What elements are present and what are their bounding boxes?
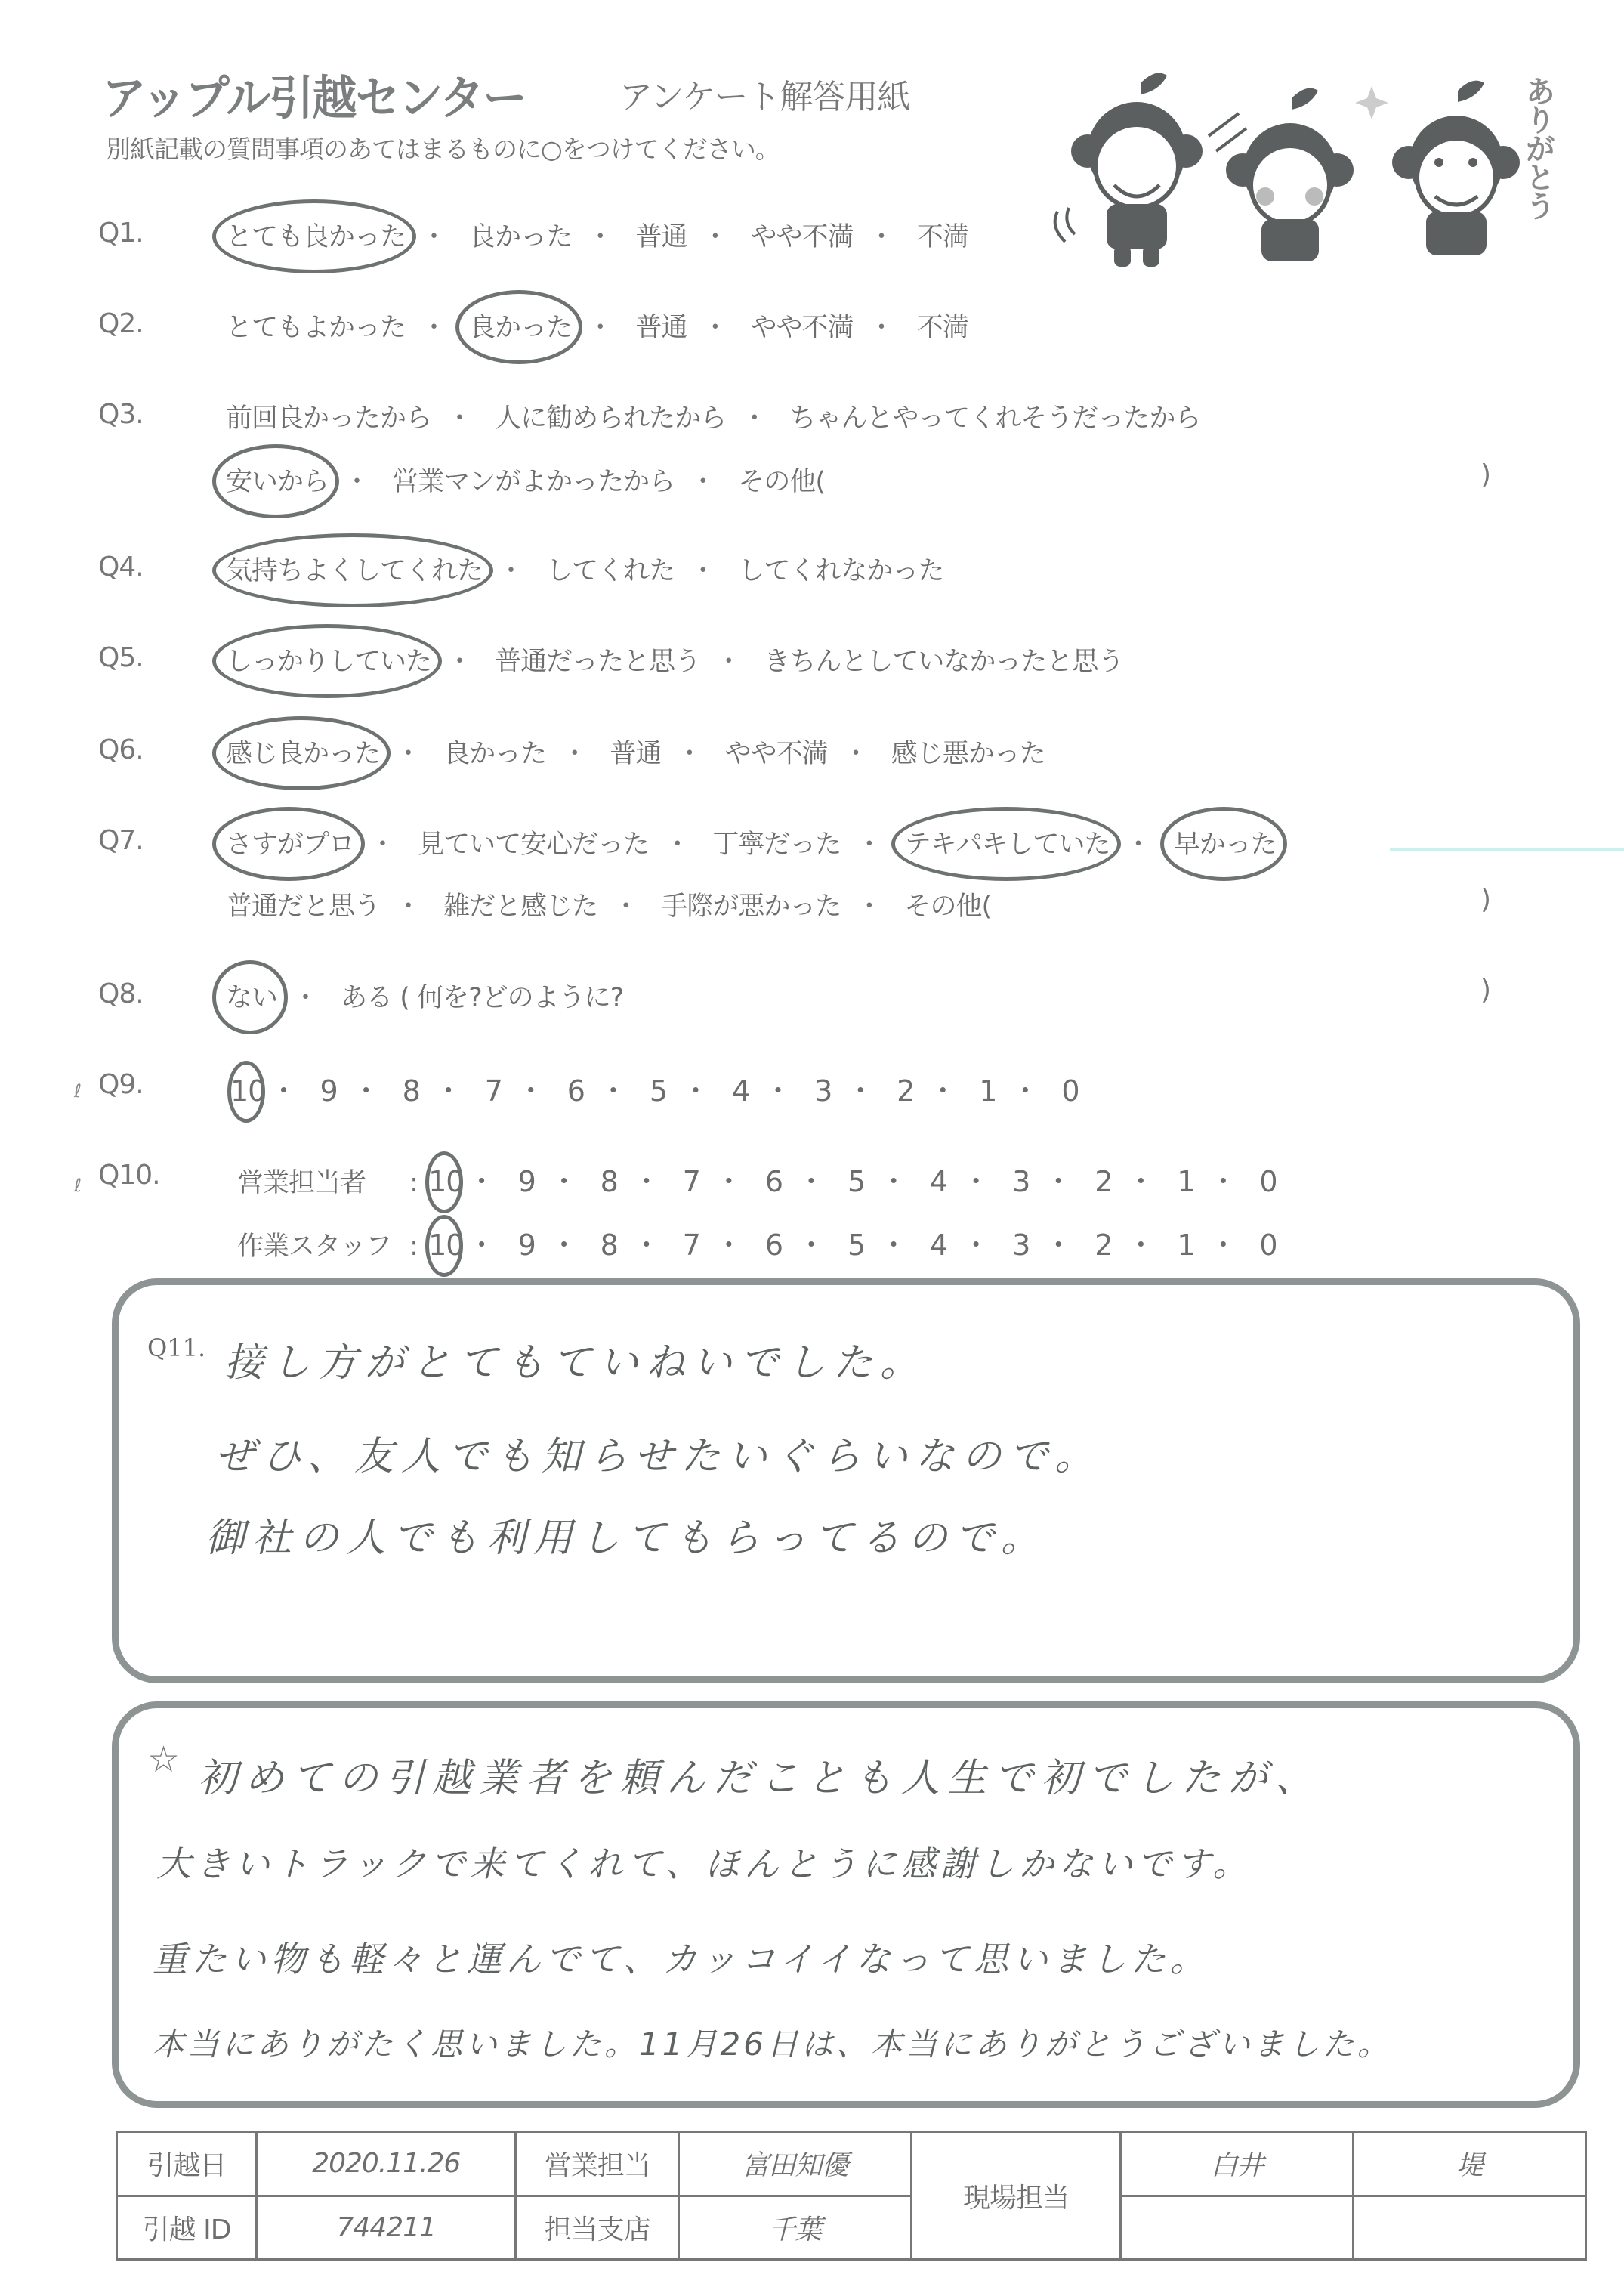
q8-option-1[interactable]: ない <box>223 977 280 1015</box>
q4-option-3[interactable]: してくれなかった <box>735 550 946 588</box>
q7-option-7[interactable]: 雑だと感じた <box>440 885 601 923</box>
form-title: アンケート解答用紙 <box>619 70 909 118</box>
q1-label: Q1. <box>98 218 144 249</box>
q10-sales-score-10[interactable]: 10 <box>428 1165 460 1198</box>
move-date-label: 引越日 <box>117 2132 257 2196</box>
q7-label: Q7. <box>98 825 144 856</box>
sales-rep-value[interactable]: 富田知優 <box>679 2132 912 2196</box>
q10-staff-score-10[interactable]: 10 <box>428 1228 460 1262</box>
q8-option-2[interactable]: ある ( 何を?どのように? <box>338 977 626 1015</box>
q10-staff-score-2[interactable]: 2 <box>1088 1228 1119 1262</box>
q7-option-3[interactable]: 丁寧だった <box>709 824 844 861</box>
q3-options-line1: 前回良かったから・ 人に勧められたから・ ちゃんとやってくれそうだったから <box>223 397 1203 435</box>
q9-score-4[interactable]: 4 <box>725 1074 757 1108</box>
q9-score-10[interactable]: 10 <box>230 1074 262 1108</box>
q7-option-8[interactable]: 手際が悪かった <box>658 885 844 923</box>
q10-staff-score-9[interactable]: 9 <box>511 1228 542 1262</box>
q10-staff-score-8[interactable]: 8 <box>593 1228 625 1262</box>
q3-option-other[interactable]: その他( <box>735 461 828 499</box>
q9-score-6[interactable]: 6 <box>560 1074 591 1108</box>
scan-artifact-line <box>1390 848 1624 851</box>
q3-option-4[interactable]: 安いから <box>223 461 332 499</box>
q10-sales-score-7[interactable]: 7 <box>675 1165 707 1198</box>
onsite-rep-3[interactable] <box>1121 2196 1354 2260</box>
q5-label: Q5. <box>98 642 144 673</box>
q10-label: Q10. <box>98 1160 160 1191</box>
move-date-value[interactable]: 2020.11.26 <box>257 2132 516 2196</box>
q4-option-2[interactable]: してくれた <box>543 550 678 588</box>
q6-label: Q6. <box>98 734 144 765</box>
comments-box[interactable]: ☆ 初めての引越業者を頼んだことも人生で初でしたが、 大きいトラックで来てくれて… <box>112 1701 1580 2108</box>
q10-sales-score-3[interactable]: 3 <box>1005 1165 1037 1198</box>
q1-option-5[interactable]: 不満 <box>914 216 971 254</box>
q7-option-5[interactable]: 早かった <box>1171 824 1280 861</box>
mascot-smile-icon <box>1355 81 1520 255</box>
star-icon: ☆ <box>147 1738 180 1781</box>
mascot-thanks-text: ありがとう <box>1522 76 1560 219</box>
q10-staff-score-5[interactable]: 5 <box>841 1228 872 1262</box>
q10-sales-score-1[interactable]: 1 <box>1170 1165 1202 1198</box>
q9-score-9[interactable]: 9 <box>313 1074 344 1108</box>
q10-sales-score-2[interactable]: 2 <box>1088 1165 1119 1198</box>
q10-staff-score-3[interactable]: 3 <box>1005 1228 1037 1262</box>
q7-option-1[interactable]: さすがプロ <box>223 824 357 861</box>
q8-label: Q8. <box>98 978 144 1009</box>
q8-options: ない・ ある ( 何を?どのように? <box>223 977 626 1015</box>
onsite-rep-label: 現場担当 <box>911 2132 1120 2260</box>
q1-option-1[interactable]: とても良かった <box>223 216 409 254</box>
instruction-text: 別紙記載の質問事項のあてはまるものに○をつけてください。 <box>106 130 780 165</box>
q9-score-3[interactable]: 3 <box>807 1074 839 1108</box>
pencil-mark-icon: ℓ <box>74 1080 82 1102</box>
q10-staff-score-4[interactable]: 4 <box>923 1228 955 1262</box>
q9-score-0[interactable]: 0 <box>1054 1074 1086 1108</box>
q7-options-line2: 普通だと思う・ 雑だと感じた・ 手際が悪かった・ その他( <box>223 885 994 923</box>
q7-option-4[interactable]: テキパキしていた <box>902 824 1113 861</box>
move-id-label: 引越 ID <box>117 2196 257 2260</box>
comment-handwritten-line-4: 本当にありがたく思いました。11月26日は、本当にありがとうございました。 <box>153 2020 1392 2065</box>
q2-option-3[interactable]: 普通 <box>632 307 690 345</box>
q10-sales-score-8[interactable]: 8 <box>593 1165 625 1198</box>
q6-option-2[interactable]: 良かった <box>440 733 549 771</box>
q9-score-1[interactable]: 1 <box>972 1074 1004 1108</box>
q1-option-2[interactable]: 良かった <box>466 216 575 254</box>
q10-sales-score-9[interactable]: 9 <box>511 1165 542 1198</box>
q3-label: Q3. <box>98 399 144 430</box>
q2-option-2[interactable]: 良かった <box>466 307 575 345</box>
mascot-blush-icon <box>1209 88 1354 261</box>
q2-option-5[interactable]: 不満 <box>914 307 971 345</box>
q3-options-line2: 安いから・ 営業マンがよかったから・ その他( <box>223 461 828 499</box>
q9-label: Q9. <box>98 1069 144 1100</box>
q5-option-2[interactable]: 普通だったと思う <box>492 641 703 678</box>
mascot-wink-icon <box>1055 73 1203 267</box>
q7-option-2[interactable]: 見ていて安心だった <box>415 824 652 861</box>
move-info-table: 引越日 2020.11.26 営業担当 富田知優 現場担当 白井 堤 引越 ID… <box>116 2131 1587 2261</box>
comment-handwritten-line-2: 大きいトラックで来てくれて、ほんとうに感謝しかないです。 <box>156 1837 1252 1887</box>
q9-score-5[interactable]: 5 <box>642 1074 674 1108</box>
q11-handwritten-line-1: 接し方がとてもていねいでした。 <box>224 1330 927 1387</box>
q11-label: Q11. <box>147 1333 205 1362</box>
q7-options-line1: さすがプロ・ 見ていて安心だった・ 丁寧だった・ テキパキしていた・ 早かった <box>223 824 1280 861</box>
q3-close-paren: ) <box>1480 459 1491 490</box>
q1-options: とても良かった・ 良かった・ 普通・ やや不満・ 不満 <box>223 216 971 254</box>
q7-option-other[interactable]: その他( <box>902 885 995 923</box>
q11-handwritten-line-2: ぜひ、友人でも知らせたいぐらいなので。 <box>215 1424 1101 1481</box>
onsite-rep-1[interactable]: 白井 <box>1121 2132 1354 2196</box>
q10-staff-score-6[interactable]: 6 <box>758 1228 789 1262</box>
q10-sales-score-6[interactable]: 6 <box>758 1165 789 1198</box>
q10-staff-colon: : <box>406 1231 421 1262</box>
q10-staff-label: 作業スタッフ <box>234 1225 399 1263</box>
q10-staff-score-7[interactable]: 7 <box>675 1228 707 1262</box>
comment-handwritten-line-1: 初めての引越業者を頼んだことも人生で初でしたが、 <box>198 1746 1322 1803</box>
q10-sales-colon: : <box>406 1168 421 1198</box>
q5-options: しっかりしていた・ 普通だったと思う・ きちんとしていなかったと思う <box>223 641 1126 678</box>
q10-staff-score-1[interactable]: 1 <box>1170 1228 1202 1262</box>
q3-option-1[interactable]: 前回良かったから <box>223 397 434 435</box>
q9-score-2[interactable]: 2 <box>890 1074 922 1108</box>
q8-close-paren: ) <box>1480 975 1491 1006</box>
onsite-rep-2[interactable]: 堤 <box>1354 2132 1586 2196</box>
q9-score-8[interactable]: 8 <box>395 1074 427 1108</box>
q2-option-1[interactable]: とてもよかった <box>223 307 409 345</box>
q10-sales-score-4[interactable]: 4 <box>923 1165 955 1198</box>
q5-option-1[interactable]: しっかりしていた <box>223 641 434 678</box>
q9-score-7[interactable]: 7 <box>477 1074 509 1108</box>
q7-close-paren: ) <box>1480 884 1491 915</box>
q10-sales-label: 営業担当者 <box>234 1162 399 1200</box>
q3-option-3[interactable]: ちゃんとやってくれそうだったから <box>786 397 1203 435</box>
q4-label: Q4. <box>98 552 144 583</box>
q4-option-1[interactable]: 気持ちよくしてくれた <box>223 550 486 588</box>
q10-row-sales: 営業担当者 : 10・ 9・ 8・ 7・ 6・ 5・ 4・ 3・ 2・ 1・ 0 <box>234 1158 1284 1200</box>
q3-option-2[interactable]: 人に勧められたから <box>492 397 729 435</box>
q7-option-6[interactable]: 普通だと思う <box>223 885 383 923</box>
branch-label: 担当支店 <box>516 2196 679 2260</box>
q2-option-4[interactable]: やや不満 <box>748 307 857 345</box>
q6-option-1[interactable]: 感じ良かった <box>223 733 383 771</box>
q10-row-staff: 作業スタッフ : 10・ 9・ 8・ 7・ 6・ 5・ 4・ 3・ 2・ 1・ … <box>234 1222 1284 1263</box>
q1-option-4[interactable]: やや不満 <box>748 216 857 254</box>
q6-option-3[interactable]: 普通 <box>607 733 664 771</box>
move-id-value[interactable]: 744211 <box>257 2196 516 2260</box>
q6-option-4[interactable]: やや不満 <box>722 733 831 771</box>
q10-sales-score-5[interactable]: 5 <box>841 1165 872 1198</box>
q5-option-3[interactable]: きちんとしていなかったと思う <box>761 641 1126 678</box>
q2-label: Q2. <box>98 308 144 339</box>
q1-option-3[interactable]: 普通 <box>632 216 690 254</box>
company-name: アップル引越センター <box>102 60 526 128</box>
q9-scale: 10・ 9・ 8・ 7・ 6・ 5・ 4・ 3・ 2・ 1・ 0 <box>230 1068 1086 1109</box>
q10-staff-score-0[interactable]: 0 <box>1252 1228 1284 1262</box>
sales-rep-label: 営業担当 <box>516 2132 679 2196</box>
onsite-rep-4[interactable] <box>1354 2196 1586 2260</box>
q2-options: とてもよかった・ 良かった・ 普通・ やや不満・ 不満 <box>223 307 971 345</box>
mascot-illustration <box>1042 60 1556 272</box>
branch-value[interactable]: 千葉 <box>679 2196 912 2260</box>
q4-options: 気持ちよくしてくれた・ してくれた・ してくれなかった <box>223 550 946 588</box>
pencil-mark-icon: ℓ <box>74 1175 82 1196</box>
q6-option-5[interactable]: 感じ悪かった <box>888 733 1048 771</box>
q10-sales-score-0[interactable]: 0 <box>1252 1165 1284 1198</box>
q11-answer-box[interactable]: Q11. 接し方がとてもていねいでした。 ぜひ、友人でも知らせたいぐらいなので。… <box>112 1278 1580 1683</box>
q6-options: 感じ良かった・ 良かった・ 普通・ やや不満・ 感じ悪かった <box>223 733 1048 771</box>
q11-handwritten-line-3: 御社の人でも利用してもらってるので。 <box>205 1506 1048 1562</box>
comment-handwritten-line-3: 重たい物も軽々と運んでて、カッコイイなって思いました。 <box>153 1932 1209 1982</box>
q3-option-5[interactable]: 営業マンがよかったから <box>389 461 678 499</box>
